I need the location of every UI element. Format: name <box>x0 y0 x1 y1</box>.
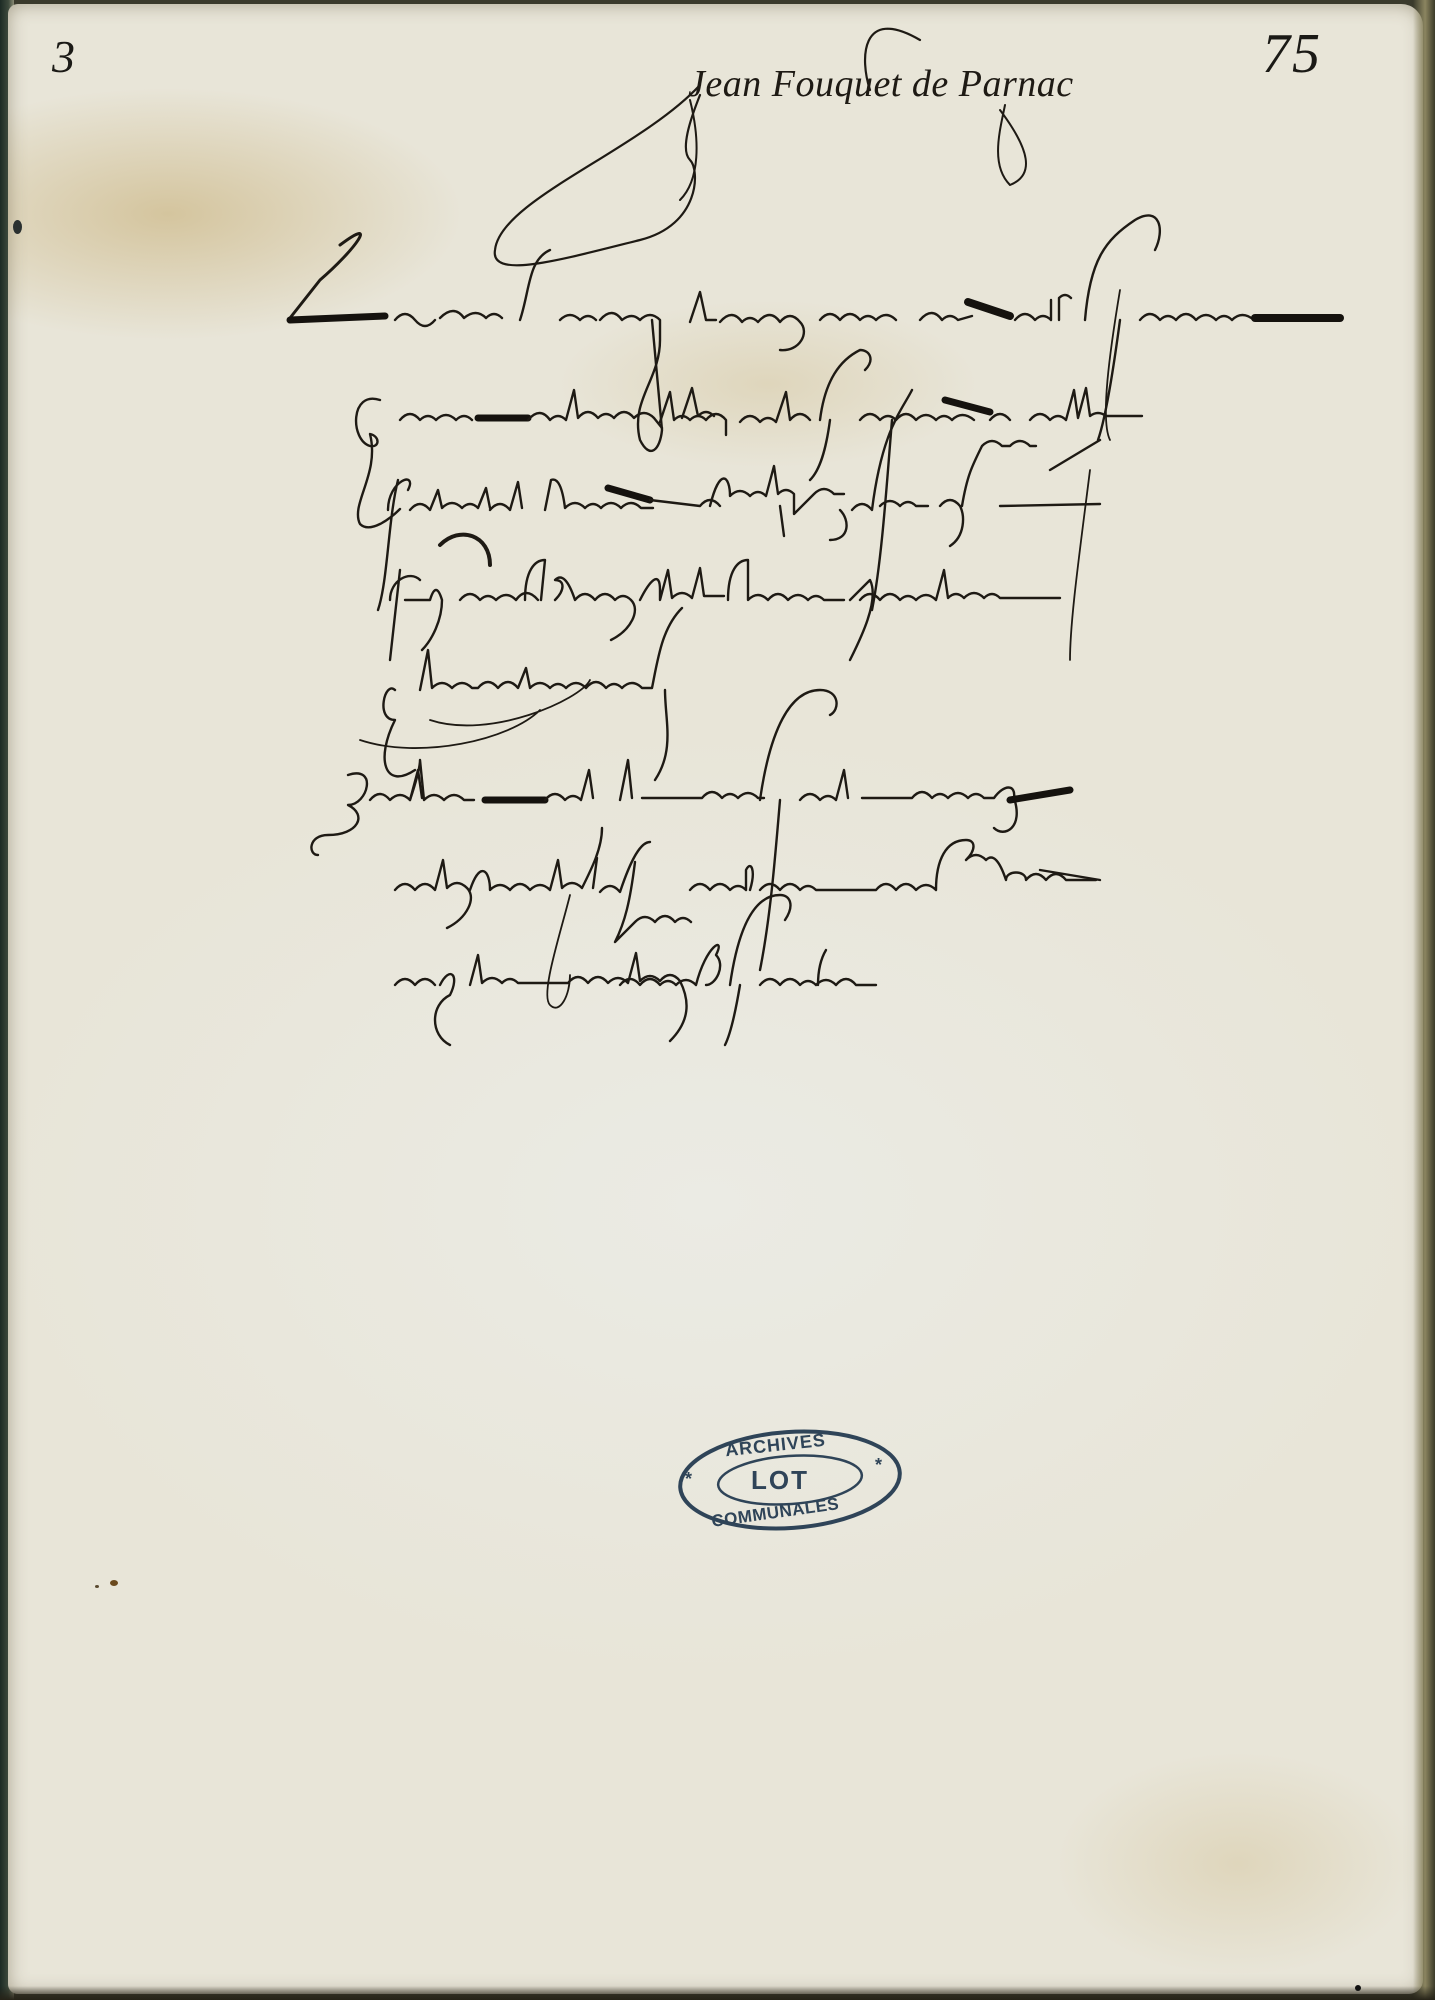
foxing-spot <box>95 1585 99 1588</box>
handwriting-strokes <box>0 0 1435 2000</box>
stamp-center-text: LOT <box>751 1465 809 1496</box>
foxing-spot <box>13 220 22 234</box>
archive-stamp: ARCHIVES LOT COMMUNALES * * <box>675 1425 905 1535</box>
stamp-star-left: * <box>685 1469 692 1490</box>
foxing-spot <box>1355 1985 1361 1991</box>
foxing-spot <box>110 1580 118 1586</box>
stamp-star-right: * <box>875 1455 882 1476</box>
